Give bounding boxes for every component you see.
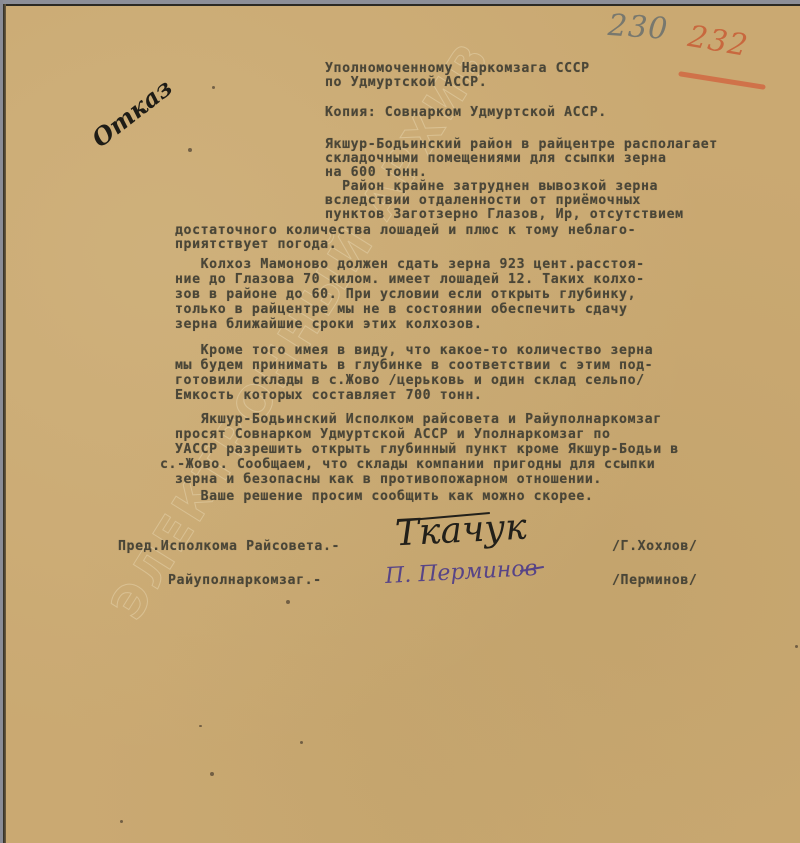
page-edge-left bbox=[3, 4, 6, 843]
paper-speck bbox=[795, 645, 798, 648]
typed-signatory-name: /Перминов/ bbox=[612, 574, 697, 588]
body-line: мы будем принимать в глубинке в соответс… bbox=[175, 359, 653, 373]
body-line: достаточного количества лошадей и плюс к… bbox=[175, 224, 636, 238]
body-line: УАССР разрешить открыть глубинный пункт … bbox=[175, 443, 679, 457]
page-edge-top bbox=[3, 4, 800, 6]
scanned-document-page: ЭЛЕКТРОННЫЙ АРХИВ 230 232 Отказ Уполномо… bbox=[0, 0, 800, 843]
paper-speck bbox=[212, 86, 215, 89]
paper-speck bbox=[286, 600, 290, 604]
copy-line: Копия: Совнарком Удмуртской АССР. bbox=[325, 106, 607, 120]
body-line: Емкость которых составляет 700 тонн. bbox=[175, 389, 482, 403]
body-line: зерна и безопасны как в противопожарном … bbox=[175, 473, 602, 487]
body-line: Якшур-Бодьинский Исполком райсовета и Ра… bbox=[175, 413, 662, 427]
signatory-title: Пред.Исполкома Райсовета.- bbox=[118, 540, 340, 554]
archive-page-number-red: 232 bbox=[685, 19, 750, 64]
body-line: Якшур-Бодьинский район в райцентре распо… bbox=[325, 138, 718, 152]
addressee-line-1: Уполномоченному Наркомзага СССР bbox=[325, 62, 590, 76]
handwritten-signature: П. Перминов bbox=[384, 556, 538, 589]
signatory-title: Райуполнаркомзаг.- bbox=[168, 574, 322, 588]
body-line: на 600 тонн. bbox=[325, 166, 427, 180]
red-crossout-mark bbox=[678, 71, 766, 90]
handwritten-resolution: Отказ bbox=[86, 73, 177, 153]
body-line: Район крайне затруднен вывозкой зерна bbox=[325, 180, 658, 194]
body-line: вследствии отдаленности от приёмочных bbox=[325, 194, 641, 208]
handwritten-signature: Ткачук bbox=[394, 507, 528, 555]
typed-signatory-name: /Г.Хохлов/ bbox=[612, 540, 697, 554]
body-line: складочными помещениями для ссыпки зерна bbox=[325, 152, 667, 166]
addressee-line-2: по Удмуртской АССР. bbox=[325, 76, 487, 90]
body-line: зов в районе до 60. При условии если отк… bbox=[175, 288, 636, 302]
body-line: только в райцентре мы не в состоянии обе… bbox=[175, 303, 628, 317]
body-line: с.-Жово. Сообщаем, что склады компании п… bbox=[160, 458, 655, 472]
body-line: ние до Глазова 70 килом. имеет лошадей 1… bbox=[175, 273, 645, 287]
archive-page-number-pencil: 230 bbox=[607, 8, 670, 47]
paper-speck bbox=[188, 148, 192, 152]
body-line: Кроме того имея в виду, что какое-то кол… bbox=[175, 344, 653, 358]
paper-speck bbox=[120, 820, 123, 823]
body-line: Колхоз Мамоново должен сдать зерна 923 ц… bbox=[175, 258, 645, 272]
body-line: пунктов Заготзерно Глазов, Ир, отсутстви… bbox=[325, 208, 684, 222]
paper-speck bbox=[199, 725, 202, 727]
paper-speck bbox=[300, 741, 303, 744]
body-line: готовили склады в с.Жово /церьковь и оди… bbox=[175, 374, 645, 388]
body-line: зерна ближайшие сроки этих колхозов. bbox=[175, 318, 482, 332]
body-line: приятствует погода. bbox=[175, 238, 337, 252]
paper-speck bbox=[210, 772, 214, 776]
body-line: просят Совнарком Удмуртской АССР и Уполн… bbox=[175, 428, 611, 442]
body-line: Ваше решение просим сообщить как можно с… bbox=[175, 490, 593, 504]
